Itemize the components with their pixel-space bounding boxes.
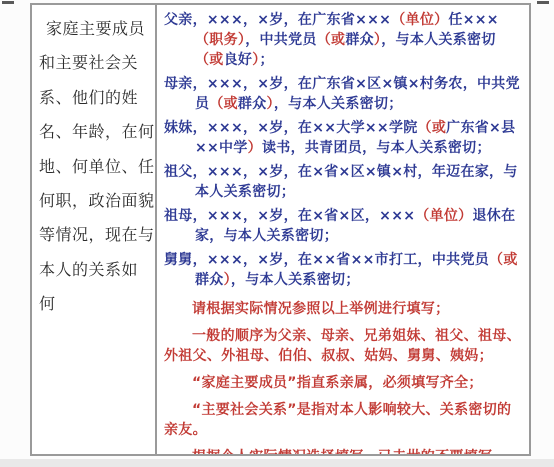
hint-segment: （或: [418, 120, 447, 136]
hint-segment: （单位）: [415, 208, 472, 224]
entry-segment: 父亲，×××，×岁，在广东省×××: [164, 12, 391, 28]
row-label-line: 系、他们的姓: [39, 81, 151, 115]
hint-segment: ）: [267, 96, 274, 112]
row-label-line: 名、年龄，在何: [39, 115, 151, 149]
top-right-edge-mark: [537, 1, 549, 4]
family-entry: 祖父，×××，×岁，在×省×区×镇×村，年迈在家，与本人关系密切；: [164, 162, 524, 202]
hint-segment: ）: [248, 140, 262, 156]
entry-segment: 群众: [238, 96, 267, 112]
entry-segment: ，与本人关系密切: [381, 32, 495, 48]
entry-segment: 舅舅，×××，×岁，在××省××市打工，中共党员: [164, 252, 489, 268]
top-left-edge-mark: [2, 1, 14, 4]
hint-segment: ）: [224, 272, 231, 288]
family-entry: 母亲，×××，×岁，在广东省×区×镇×村务农，中共党员（或群众），与本人关系密切…: [164, 74, 524, 114]
family-relations-table: 家庭主要成员和主要社会关系、他们的姓名、年龄，在何地、何单位、任何职，政治面貌等…: [30, 3, 531, 456]
note-line: 请根据实际情况参照以上举例进行填写；: [164, 299, 524, 319]
entry-segment: 良好: [224, 52, 253, 68]
row-label-line: 何职，政治面貌: [39, 184, 151, 218]
note-line: 一般的顺序为父亲、母亲、兄弟姐妹、祖父、祖母、外祖父、外祖母、伯伯、叔叔、姑妈、…: [164, 326, 524, 366]
entry-segment: ，与本人关系密切；: [274, 96, 403, 112]
hint-segment: （职务）: [195, 32, 245, 48]
family-entry: 父亲，×××，×岁，在广东省×××（单位）任×××（职务），中共党员（或群众），…: [164, 10, 524, 70]
family-entry: 妹妹，×××，×岁，在××大学××学院（或广东省×县××中学）读书，共青团员，与…: [164, 118, 524, 158]
entry-segment: 读书，共青团员，与本人关系密切；: [262, 140, 491, 156]
entry-segment: 群众: [345, 32, 374, 48]
entry-segment: 群众: [195, 272, 224, 288]
note-line: “主要社会关系”是指对本人影响较大、关系密切的亲友。: [164, 400, 524, 440]
page-bottom-shadow: [0, 459, 554, 467]
example-entries: 父亲，×××，×岁，在广东省×××（单位）任×××（职务），中共党员（或群众），…: [164, 10, 524, 290]
row-label-line: 等情况，现在与: [39, 218, 151, 252]
row-label-line: 何: [39, 287, 151, 321]
entry-segment: 祖父，×××，×岁，在×省×区×镇×村，年迈在家，与本人关系密切；: [164, 164, 518, 200]
entry-segment: 祖母，×××，×岁，在×省×区，×××: [164, 208, 415, 224]
entry-segment: ，与本人关系密切；: [231, 272, 360, 288]
hint-segment: ）: [252, 52, 259, 68]
family-entry: 祖母，×××，×岁，在×省×区，×××（单位）退休在家，与本人关系密切；: [164, 206, 524, 246]
hint-segment: （单位）: [391, 12, 448, 28]
note-line: 根据个人实际情况选择填写，已去世的不要填写。: [164, 447, 524, 454]
entry-segment: 妹妹，×××，×岁，在××大学××学院: [164, 120, 418, 136]
row-label-line: 家庭主要成员: [39, 12, 151, 46]
row-label-cell: 家庭主要成员和主要社会关系、他们的姓名、年龄，在何地、何单位、任何职，政治面貌等…: [32, 5, 157, 454]
row-label-line: 和主要社会关: [39, 46, 151, 80]
entry-segment: ，中共党员: [245, 32, 317, 48]
document-page: 家庭主要成员和主要社会关系、他们的姓名、年龄，在何地、何单位、任何职，政治面貌等…: [0, 0, 554, 467]
note-line: “家庭主要成员”指直系亲属，必须填写齐全；: [164, 373, 524, 393]
row-label-line: 地、何单位、任: [39, 150, 151, 184]
row-label-line: 本人的关系如: [39, 253, 151, 287]
family-entry: 舅舅，×××，×岁，在××省××市打工，中共党员（或群众），与本人关系密切；: [164, 250, 524, 290]
entry-segment: ；: [260, 52, 274, 68]
content-cell: 父亲，×××，×岁，在广东省×××（单位）任×××（职务），中共党员（或群众），…: [157, 5, 529, 454]
hint-segment: （或: [489, 252, 518, 268]
instruction-notes: 请根据实际情况参照以上举例进行填写；一般的顺序为父亲、母亲、兄弟姐妹、祖父、祖母…: [164, 299, 524, 454]
hint-segment: （或: [195, 52, 224, 68]
entry-segment: 任×××: [448, 12, 498, 28]
hint-segment: （或: [209, 96, 238, 112]
hint-segment: （或: [317, 32, 346, 48]
